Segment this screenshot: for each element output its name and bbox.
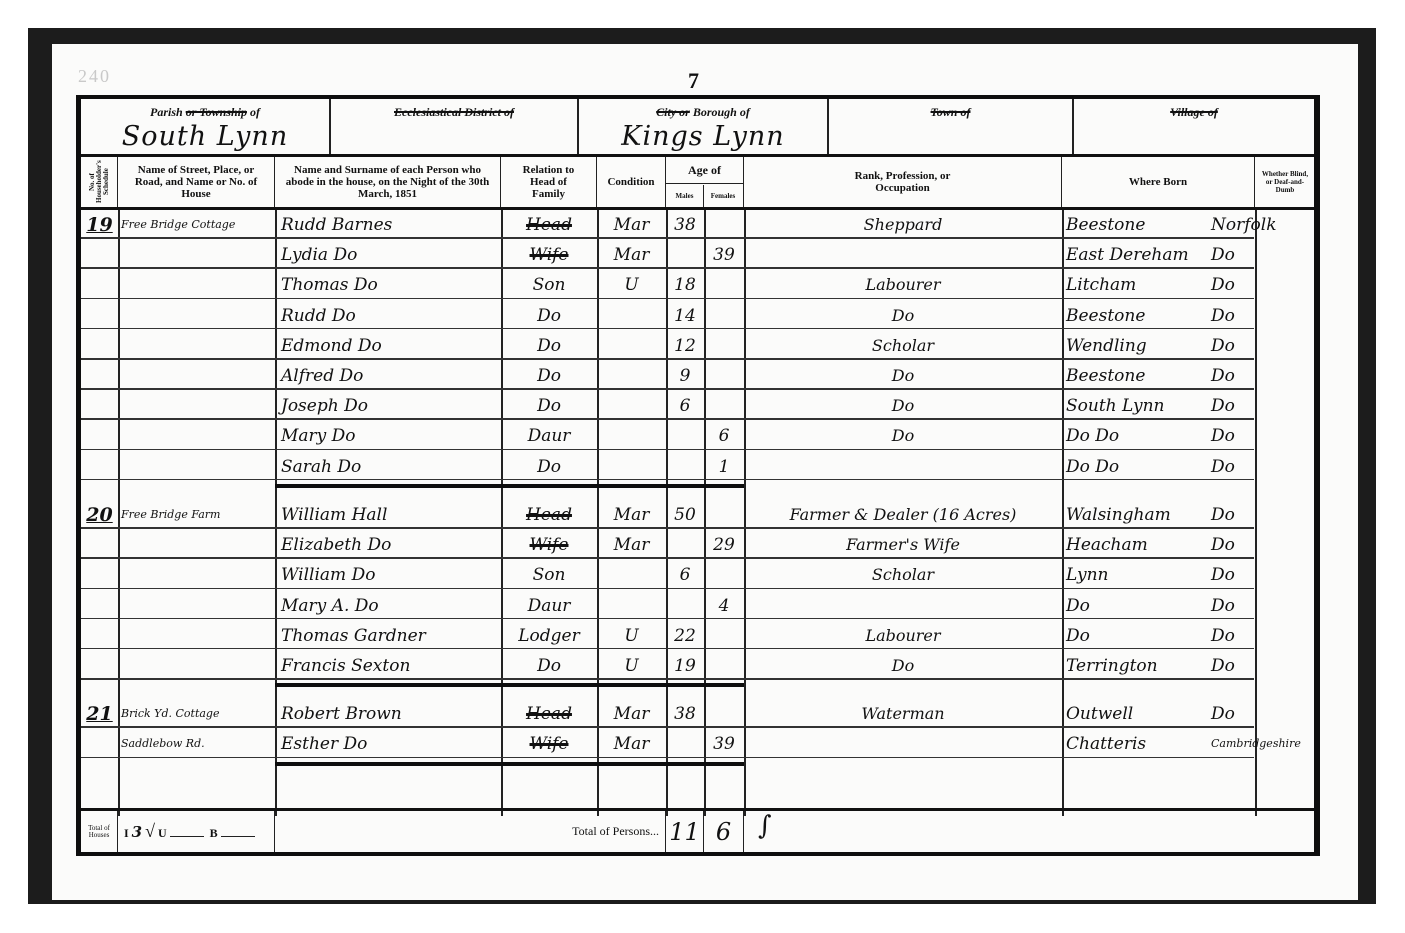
street-address: Saddlebow Rd.	[121, 729, 275, 759]
occupation: Sheppard	[744, 210, 1062, 240]
household-separator	[275, 683, 744, 687]
birth-place: Beestone	[1066, 361, 1216, 391]
birth-county: Do	[1211, 391, 1311, 421]
table-row: Mary A. DoDaur4DoDo	[81, 591, 1314, 621]
relation: Head	[501, 699, 597, 729]
female-age	[704, 621, 744, 651]
birth-place: Do	[1066, 591, 1216, 621]
person-name: William Do	[281, 560, 501, 590]
table-row: Thomas GardnerLodgerU22LabourerDoDo	[81, 621, 1314, 651]
female-age	[704, 651, 744, 681]
census-form: Parish or Township of South Lynn Ecclesi…	[76, 95, 1320, 856]
total-males: 11	[666, 818, 703, 846]
table-row: Sarah DoDo1Do DoDo	[81, 452, 1314, 482]
col-schedule: No. of Householder's Schedule	[81, 157, 118, 207]
birth-county: Do	[1211, 560, 1311, 590]
relation: Do	[501, 391, 597, 421]
col-name: Name and Surname of each Person who abod…	[275, 157, 501, 207]
parish-cell: Parish or Township of South Lynn	[81, 99, 331, 154]
female-age	[704, 500, 744, 530]
relation: Wife	[501, 729, 597, 759]
schedule-number: 20	[81, 500, 118, 530]
occupation	[744, 729, 1062, 759]
condition: Mar	[597, 729, 666, 759]
household-rows: 19Free Bridge CottageRudd BarnesHeadMar3…	[81, 210, 1314, 816]
male-age: 14	[666, 301, 704, 331]
female-age: 39	[704, 729, 744, 759]
birth-place: East Dereham	[1066, 240, 1216, 270]
birth-place: Wendling	[1066, 331, 1216, 361]
table-row: Edmond DoDo12ScholarWendlingDo	[81, 331, 1314, 361]
occupation: Waterman	[744, 699, 1062, 729]
occupation	[744, 240, 1062, 270]
relation: Daur	[501, 421, 597, 451]
occupation: Farmer's Wife	[744, 530, 1062, 560]
birth-county: Do	[1211, 591, 1311, 621]
table-row: Alfred DoDo9DoBeestoneDo	[81, 361, 1314, 391]
condition	[597, 421, 666, 451]
condition: Mar	[597, 530, 666, 560]
relation: Do	[501, 361, 597, 391]
relation: Do	[501, 452, 597, 482]
birth-county: Do	[1211, 331, 1311, 361]
table-row: Elizabeth DoWifeMar29Farmer's WifeHeacha…	[81, 530, 1314, 560]
table-row: William DoSon6ScholarLynnDo	[81, 560, 1314, 590]
male-age: 12	[666, 331, 704, 361]
relation: Daur	[501, 591, 597, 621]
table-row: Lydia DoWifeMar39East DerehamDo	[81, 240, 1314, 270]
female-age	[704, 270, 744, 300]
male-age: 9	[666, 361, 704, 391]
birth-place: Heacham	[1066, 530, 1216, 560]
female-age: 1	[704, 452, 744, 482]
total-persons-label: Total of Persons...	[275, 824, 665, 839]
person-name: Edmond Do	[281, 331, 501, 361]
person-name: Esther Do	[281, 729, 501, 759]
birth-county: Do	[1211, 301, 1311, 331]
occupation: Do	[744, 421, 1062, 451]
condition	[597, 560, 666, 590]
table-row: Francis SextonDoU19DoTerringtonDo	[81, 651, 1314, 681]
relation: Do	[501, 331, 597, 361]
birth-county: Do	[1211, 621, 1311, 651]
female-age	[704, 391, 744, 421]
occupation: Farmer & Dealer (16 Acres)	[744, 500, 1062, 530]
table-row: Joseph DoDo6DoSouth LynnDo	[81, 391, 1314, 421]
person-name: Mary A. Do	[281, 591, 501, 621]
occupation: Labourer	[744, 270, 1062, 300]
person-name: Rudd Do	[281, 301, 501, 331]
male-age	[666, 240, 704, 270]
female-age	[704, 361, 744, 391]
birth-county: Do	[1211, 270, 1311, 300]
occupation	[744, 591, 1062, 621]
household-separator	[275, 762, 744, 766]
birth-county: Do	[1211, 500, 1311, 530]
occupation: Do	[744, 391, 1062, 421]
town-cell: Town of	[829, 99, 1074, 154]
female-age: 4	[704, 591, 744, 621]
birth-place: Lynn	[1066, 560, 1216, 590]
totals-row: Total of Houses I 3 √ U B Total of Perso…	[81, 808, 1314, 852]
male-age: 6	[666, 391, 704, 421]
occupation: Scholar	[744, 331, 1062, 361]
occupation: Do	[744, 361, 1062, 391]
relation: Son	[501, 270, 597, 300]
condition: Mar	[597, 210, 666, 240]
condition: Mar	[597, 240, 666, 270]
household-separator	[275, 484, 744, 488]
relation: Son	[501, 560, 597, 590]
birth-place: Do Do	[1066, 421, 1216, 451]
birth-place: Beestone	[1066, 210, 1216, 240]
birth-county: Do	[1211, 452, 1311, 482]
male-age: 38	[666, 699, 704, 729]
houses-totals: I 3 √ U B	[118, 811, 275, 852]
occupation: Do	[744, 301, 1062, 331]
female-age: 29	[704, 530, 744, 560]
occupation: Do	[744, 651, 1062, 681]
houses-total-label: Total of Houses	[81, 825, 117, 839]
condition	[597, 361, 666, 391]
street-address: Free Bridge Cottage	[121, 210, 275, 240]
person-name: Sarah Do	[281, 452, 501, 482]
birth-county: Do	[1211, 530, 1311, 560]
female-age: 6	[704, 421, 744, 451]
table-row: Saddlebow Rd.Esther DoWifeMar39Chatteris…	[81, 729, 1314, 759]
condition: U	[597, 621, 666, 651]
condition: U	[597, 651, 666, 681]
condition	[597, 331, 666, 361]
condition	[597, 591, 666, 621]
col-relation: Relation to Head of Family	[501, 157, 597, 207]
table-row: 20Free Bridge FarmWilliam HallHeadMar50F…	[81, 500, 1314, 530]
male-age: 22	[666, 621, 704, 651]
table-row: 19Free Bridge CottageRudd BarnesHeadMar3…	[81, 210, 1314, 240]
street-address: Free Bridge Farm	[121, 500, 275, 530]
schedule-number: 19	[81, 210, 118, 240]
male-age: 19	[666, 651, 704, 681]
parish-value: South Lynn	[81, 121, 329, 152]
folio-number: 7	[688, 68, 699, 94]
borough-value: Kings Lynn	[579, 121, 827, 152]
female-age	[704, 560, 744, 590]
birth-county: Do	[1211, 421, 1311, 451]
male-age: 50	[666, 500, 704, 530]
relation: Do	[501, 301, 597, 331]
male-age	[666, 530, 704, 560]
table-row: 21Brick Yd. CottageRobert BrownHeadMar38…	[81, 699, 1314, 729]
person-name: Rudd Barnes	[281, 210, 501, 240]
female-age	[704, 301, 744, 331]
birth-county: Do	[1211, 240, 1311, 270]
faded-folio-stamp: 240	[78, 66, 111, 87]
condition	[597, 391, 666, 421]
condition: U	[597, 270, 666, 300]
condition	[597, 452, 666, 482]
birth-county: Do	[1211, 361, 1311, 391]
person-name: Elizabeth Do	[281, 530, 501, 560]
male-age	[666, 729, 704, 759]
person-name: Lydia Do	[281, 240, 501, 270]
birth-place: Outwell	[1066, 699, 1216, 729]
table-row: Mary DoDaur6DoDo DoDo	[81, 421, 1314, 451]
birth-county: Do	[1211, 651, 1311, 681]
condition	[597, 301, 666, 331]
table-row: Rudd DoDo14DoBeestoneDo	[81, 301, 1314, 331]
borough-cell: City or Borough of Kings Lynn	[579, 99, 829, 154]
birth-place: Chatteris	[1066, 729, 1216, 759]
birth-place: Walsingham	[1066, 500, 1216, 530]
person-name: Thomas Gardner	[281, 621, 501, 651]
location-header: Parish or Township of South Lynn Ecclesi…	[81, 99, 1314, 157]
col-street: Name of Street, Place, or Road, and Name…	[118, 157, 275, 207]
person-name: Mary Do	[281, 421, 501, 451]
male-age	[666, 591, 704, 621]
table-row: Thomas DoSonU18LabourerLitchamDo	[81, 270, 1314, 300]
street-address: Brick Yd. Cottage	[121, 699, 275, 729]
person-name: Thomas Do	[281, 270, 501, 300]
person-name: William Hall	[281, 500, 501, 530]
birth-place: South Lynn	[1066, 391, 1216, 421]
male-age	[666, 452, 704, 482]
occupation	[744, 452, 1062, 482]
birth-place: Litcham	[1066, 270, 1216, 300]
total-females: 6	[704, 818, 743, 846]
birth-place: Beestone	[1066, 301, 1216, 331]
person-name: Francis Sexton	[281, 651, 501, 681]
relation: Wife	[501, 240, 597, 270]
check-mark: ∫	[758, 811, 772, 841]
relation: Do	[501, 651, 597, 681]
male-age: 18	[666, 270, 704, 300]
female-age	[704, 699, 744, 729]
birth-county: Cambridgeshire	[1211, 729, 1311, 759]
occupation: Labourer	[744, 621, 1062, 651]
person-name: Joseph Do	[281, 391, 501, 421]
relation: Lodger	[501, 621, 597, 651]
condition: Mar	[597, 500, 666, 530]
relation: Wife	[501, 530, 597, 560]
female-age	[704, 210, 744, 240]
village-cell: Village of	[1074, 99, 1314, 154]
person-name: Alfred Do	[281, 361, 501, 391]
occupation: Scholar	[744, 560, 1062, 590]
male-age: 38	[666, 210, 704, 240]
birth-place: Do	[1066, 621, 1216, 651]
schedule-number: 21	[81, 699, 118, 729]
condition: Mar	[597, 699, 666, 729]
column-headers: No. of Householder's Schedule Name of St…	[81, 157, 1314, 210]
relation: Head	[501, 500, 597, 530]
birth-county: Norfolk	[1211, 210, 1311, 240]
col-disability: Whether Blind, or Deaf-and-Dumb	[1255, 157, 1315, 207]
female-age	[704, 331, 744, 361]
col-occupation: Rank, Profession, or Occupation	[744, 157, 1062, 207]
male-age	[666, 421, 704, 451]
male-age: 6	[666, 560, 704, 590]
birth-place: Do Do	[1066, 452, 1216, 482]
col-condition: Condition	[597, 157, 666, 207]
col-age: Age of Males Females	[666, 157, 744, 207]
ecclesiastical-cell: Ecclesiastical District of	[331, 99, 579, 154]
female-age: 39	[704, 240, 744, 270]
birth-county: Do	[1211, 699, 1311, 729]
birth-place: Terrington	[1066, 651, 1216, 681]
relation: Head	[501, 210, 597, 240]
person-name: Robert Brown	[281, 699, 501, 729]
col-where-born: Where Born	[1062, 157, 1255, 207]
